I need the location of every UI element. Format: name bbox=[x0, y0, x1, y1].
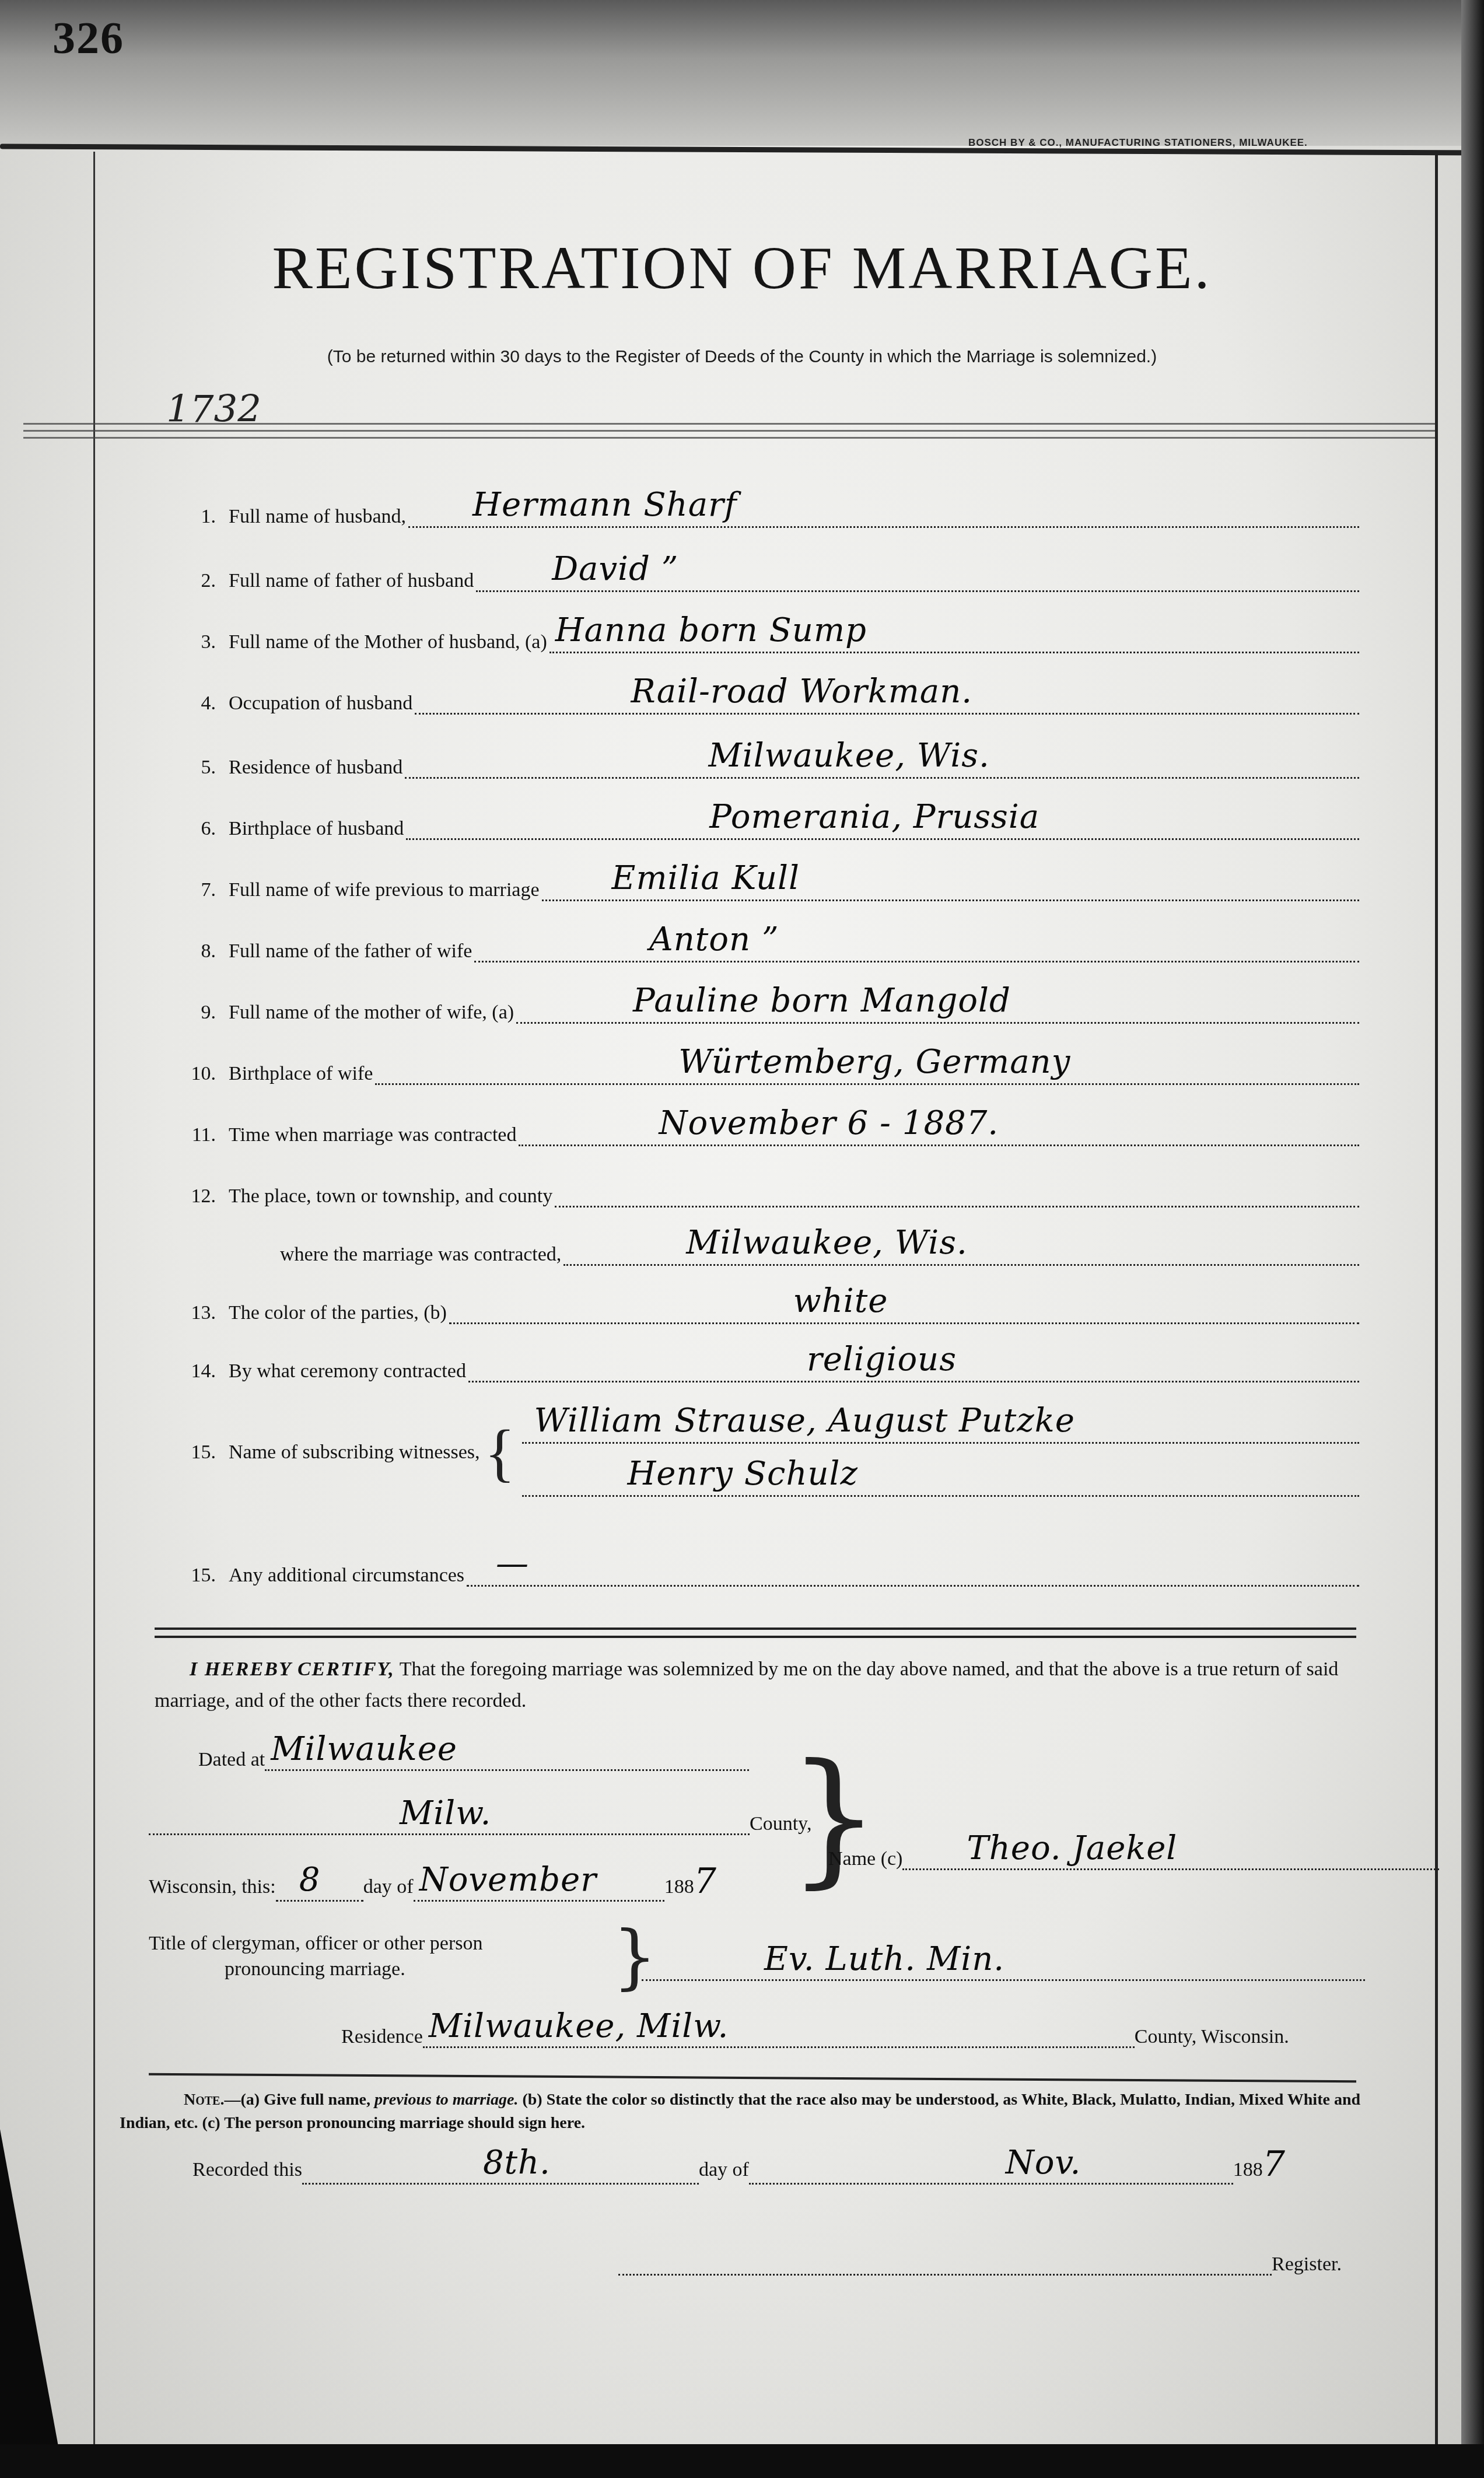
field-marriage-time: 11. Time when marriage was contracted No… bbox=[175, 1100, 1359, 1146]
field-value: Milwaukee, Wis. bbox=[708, 737, 989, 775]
field-label: Birthplace of wife bbox=[229, 1063, 373, 1085]
field-wife-name: 7. Full name of wife previous to marriag… bbox=[175, 855, 1359, 901]
document-subtitle: (To be returned within 30 days to the Re… bbox=[0, 347, 1484, 367]
field-value: Hermann Sharf bbox=[473, 486, 737, 524]
field-value: November 6 - 1887. bbox=[659, 1104, 999, 1142]
field-label: Full name of wife previous to marriage bbox=[229, 879, 540, 901]
field-value: Milwaukee, Wis. bbox=[686, 1224, 967, 1262]
field-witnesses: 15. Name of subscribing witnesses, { Wil… bbox=[175, 1400, 1359, 1505]
field-value: religious bbox=[807, 1340, 957, 1378]
field-label: The color of the parties, (b) bbox=[229, 1302, 447, 1324]
field-value: Pauline born Mangold bbox=[633, 982, 1011, 1020]
field-value: white bbox=[793, 1282, 888, 1320]
field-marriage-place-county: 12. The place, town or township, and cou… bbox=[175, 1161, 1359, 1207]
field-label: Full name of the mother of wife, (a) bbox=[229, 1002, 514, 1024]
clergyman-title: Ev. Luth. Min. bbox=[642, 1951, 1365, 1981]
section-divider bbox=[155, 1627, 1356, 1644]
field-husband-mother: 3. Full name of the Mother of husband, (… bbox=[175, 607, 1359, 653]
officiant-name: Name (c)Theo. Jaekel bbox=[828, 1840, 1439, 1870]
clergyman-title-label: Title of clergyman, officer or other per… bbox=[149, 1931, 483, 1982]
field-label: Full name of the father of wife bbox=[229, 940, 472, 963]
printer-imprint: BOSCH BY & CO., MANUFACTURING STATIONERS… bbox=[968, 137, 1308, 149]
certification-statement: I HEREBY CERTIFY, That the foregoing mar… bbox=[155, 1654, 1368, 1717]
scan-edge-right bbox=[1461, 0, 1484, 2478]
field-value: Pomerania, Prussia bbox=[709, 798, 1039, 836]
header-ruled-lines bbox=[23, 423, 1435, 444]
field-value: Emilia Kull bbox=[612, 859, 800, 897]
recorded-line: Recorded this8th.day ofNov.1887 bbox=[192, 2144, 1286, 2185]
field-husband-residence: 5. Residence of husband Milwaukee, Wis. bbox=[175, 732, 1359, 779]
field-ceremony: 14. By what ceremony contracted religiou… bbox=[175, 1336, 1359, 1382]
witness-value-1: William Strause, August Putzke bbox=[534, 1402, 1074, 1440]
field-value: Hanna born Sump bbox=[555, 611, 867, 649]
field-value: Rail-road Workman. bbox=[631, 673, 972, 710]
brace-icon: { bbox=[485, 1420, 516, 1485]
field-label: where the marriage was contracted, bbox=[280, 1244, 561, 1266]
officiant-residence: ResidenceMilwaukee, Milw.County, Wiscons… bbox=[341, 2018, 1289, 2048]
field-wife-birthplace: 10. Birthplace of wife Würtemberg, Germa… bbox=[175, 1038, 1359, 1085]
footnote: Note.—(a) Give full name, previous to ma… bbox=[120, 2088, 1374, 2135]
field-value: — bbox=[496, 1545, 529, 1583]
field-additional-circumstances: 15. Any additional circumstances — bbox=[175, 1540, 1359, 1587]
field-wife-father: 8. Full name of the father of wife Anton… bbox=[175, 916, 1359, 963]
field-label: Residence of husband bbox=[229, 757, 402, 779]
field-label: By what ceremony contracted bbox=[229, 1360, 466, 1382]
field-label: Full name of husband, bbox=[229, 506, 406, 528]
scan-top-shading bbox=[0, 0, 1484, 146]
field-label: Any additional circumstances bbox=[229, 1564, 464, 1587]
field-husband-occupation: 4. Occupation of husband Rail-road Workm… bbox=[175, 668, 1359, 715]
frame-right-border bbox=[1435, 152, 1438, 2456]
field-husband-birthplace: 6. Birthplace of husband Pomerania, Prus… bbox=[175, 793, 1359, 840]
county-line: Milw.County, bbox=[149, 1805, 811, 1835]
wisconsin-date-line: Wisconsin, this:8day ofNovember1887 bbox=[149, 1861, 717, 1902]
field-color-of-parties: 13. The color of the parties, (b) white bbox=[175, 1277, 1359, 1324]
frame-left-border bbox=[93, 152, 95, 2456]
field-label: Birthplace of husband bbox=[229, 818, 404, 840]
field-value: David ” bbox=[552, 550, 678, 588]
field-label: The place, town or township, and county bbox=[229, 1185, 552, 1207]
field-label: Full name of the Mother of husband, (a) bbox=[229, 631, 547, 653]
field-marriage-place: where the marriage was contracted, Milwa… bbox=[280, 1219, 1359, 1266]
page-stamp-number: 326 bbox=[52, 12, 124, 64]
dated-at: Dated atMilwaukee bbox=[198, 1741, 749, 1771]
field-label: Time when marriage was contracted bbox=[229, 1124, 516, 1146]
scan-shadow-left bbox=[0, 2129, 64, 2478]
field-value: Würtemberg, Germany bbox=[678, 1043, 1070, 1081]
field-value: Anton ” bbox=[649, 921, 779, 958]
field-husband-name: 1. Full name of husband, Hermann Sharf bbox=[175, 481, 1359, 528]
register-signature-line: Register. bbox=[618, 2246, 1342, 2276]
field-label: Full name of father of husband bbox=[229, 570, 474, 592]
scan-shadow-bottom bbox=[0, 2444, 1484, 2478]
field-label: Occupation of husband bbox=[229, 692, 412, 715]
field-label: Name of subscribing witnesses, bbox=[229, 1441, 480, 1464]
field-husband-father: 2. Full name of father of husband David … bbox=[175, 545, 1359, 592]
field-wife-mother: 9. Full name of the mother of wife, (a) … bbox=[175, 977, 1359, 1024]
witness-value-2: Henry Schulz bbox=[627, 1455, 858, 1493]
document-title: REGISTRATION OF MARRIAGE. bbox=[0, 233, 1484, 303]
